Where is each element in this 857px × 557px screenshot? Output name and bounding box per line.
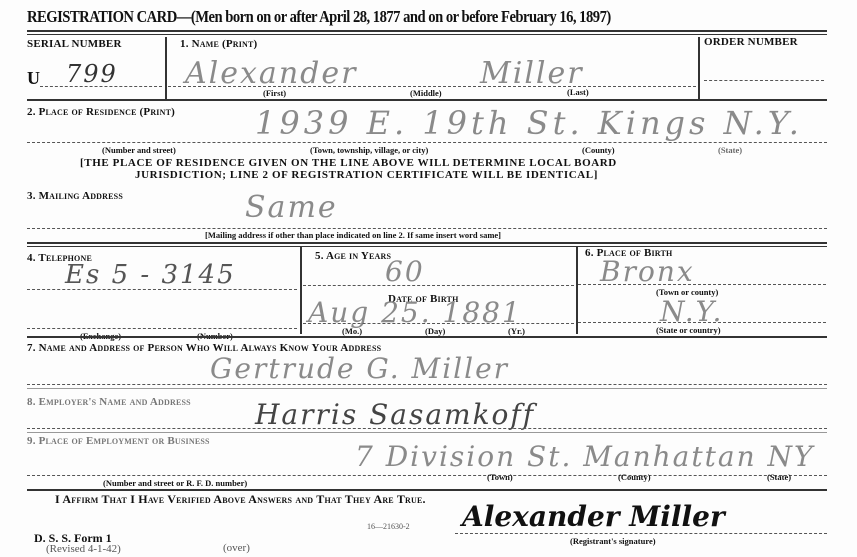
serial-number-label: SERIAL NUMBER bbox=[27, 38, 122, 50]
employment-place-value: 7 Division St. Manhattan NY bbox=[355, 440, 814, 473]
mailing-underline bbox=[27, 228, 827, 229]
dob-underline bbox=[303, 323, 574, 324]
mailing-address-value: Same bbox=[245, 190, 338, 225]
age-label: 5. Age in Years bbox=[315, 250, 391, 262]
name-label: 1. Name (Print) bbox=[180, 38, 257, 50]
name-underline bbox=[168, 86, 696, 87]
title-rule-2 bbox=[27, 34, 827, 35]
row-rule bbox=[27, 489, 827, 491]
date-of-birth-value: Aug 25. 1881 bbox=[308, 296, 522, 329]
mailing-address-label: 3. Mailing Address bbox=[27, 190, 123, 202]
birthplace-underline bbox=[578, 284, 826, 285]
contact-underline bbox=[27, 384, 827, 385]
telephone-underline bbox=[27, 289, 297, 290]
order-number-label: ORDER NUMBER bbox=[704, 36, 798, 48]
employment-underline bbox=[27, 475, 827, 476]
row-rule bbox=[27, 432, 827, 433]
caption-year: (Yr.) bbox=[508, 326, 525, 336]
affirmation-text: I Affirm That I Have Verified Above Answ… bbox=[55, 492, 426, 507]
caption-middle: (Middle) bbox=[410, 88, 442, 98]
caption-street-rfd: (Number and street or R. F. D. number) bbox=[103, 478, 247, 488]
signature-underline bbox=[455, 533, 827, 534]
employment-place-label: 9. Place of Employment or Business bbox=[27, 435, 210, 447]
divider bbox=[576, 246, 578, 334]
serial-prefix: U bbox=[27, 68, 40, 89]
divider bbox=[165, 37, 167, 99]
caption-day: (Day) bbox=[425, 326, 445, 336]
residence-value: 1939 E. 19th St. Kings N.Y. bbox=[255, 104, 803, 142]
caption-county: (County) bbox=[618, 472, 651, 482]
caption-state: (State) bbox=[718, 145, 742, 155]
telephone-value: Es 5 - 3145 bbox=[65, 260, 236, 290]
row-rule bbox=[27, 242, 827, 244]
caption-street: (Number and street) bbox=[102, 145, 176, 155]
caption-county: (County) bbox=[582, 145, 615, 155]
residence-underline bbox=[27, 142, 827, 143]
caption-first: (First) bbox=[263, 88, 286, 98]
caption-last: (Last) bbox=[567, 87, 589, 97]
caption-town: (Town) bbox=[487, 472, 513, 482]
row-rule bbox=[27, 336, 827, 338]
employer-value: Harris Sasamkoff bbox=[255, 398, 535, 431]
registrant-signature: Alexander Miller bbox=[462, 500, 725, 533]
serial-underline bbox=[40, 86, 162, 87]
signature-caption: (Registrant's signature) bbox=[570, 536, 656, 546]
form-revised: (Revised 4-1-42) bbox=[46, 543, 121, 555]
birthplace-state-underline bbox=[578, 322, 826, 323]
over-note: (over) bbox=[223, 542, 250, 554]
divider bbox=[300, 246, 302, 334]
residence-notice-2: JURISDICTION; LINE 2 OF REGISTRATION CER… bbox=[135, 169, 598, 181]
residence-notice-1: [THE PLACE OF RESIDENCE GIVEN ON THE LIN… bbox=[80, 157, 617, 169]
employer-label: 8. Employer's Name and Address bbox=[27, 396, 191, 408]
birthplace-state-value: N.Y. bbox=[660, 295, 723, 328]
title-rule bbox=[27, 30, 827, 32]
residence-label: 2. Place of Residence (Print) bbox=[27, 106, 175, 118]
row-rule bbox=[27, 99, 827, 101]
row-rule bbox=[27, 388, 827, 389]
age-underline bbox=[303, 285, 574, 286]
mailing-caption: [Mailing address if other than place ind… bbox=[205, 230, 501, 240]
caption-state: (State) bbox=[767, 472, 791, 482]
serial-number-value: 799 bbox=[66, 60, 118, 88]
contact-value: Gertrude G. Miller bbox=[210, 352, 509, 385]
age-value: 60 bbox=[385, 255, 425, 288]
divider bbox=[698, 37, 700, 99]
telephone-underline-2 bbox=[27, 328, 297, 329]
employer-underline bbox=[27, 428, 827, 429]
print-code: 16—21630-2 bbox=[367, 522, 410, 531]
order-underline bbox=[704, 80, 824, 81]
row-rule-2 bbox=[27, 246, 827, 247]
caption-month: (Mo.) bbox=[342, 326, 362, 336]
caption-state-country: (State or country) bbox=[656, 325, 721, 335]
caption-town: (Town, township, village, or city) bbox=[310, 145, 428, 155]
card-title: REGISTRATION CARD—(Men born on or after … bbox=[27, 7, 611, 27]
